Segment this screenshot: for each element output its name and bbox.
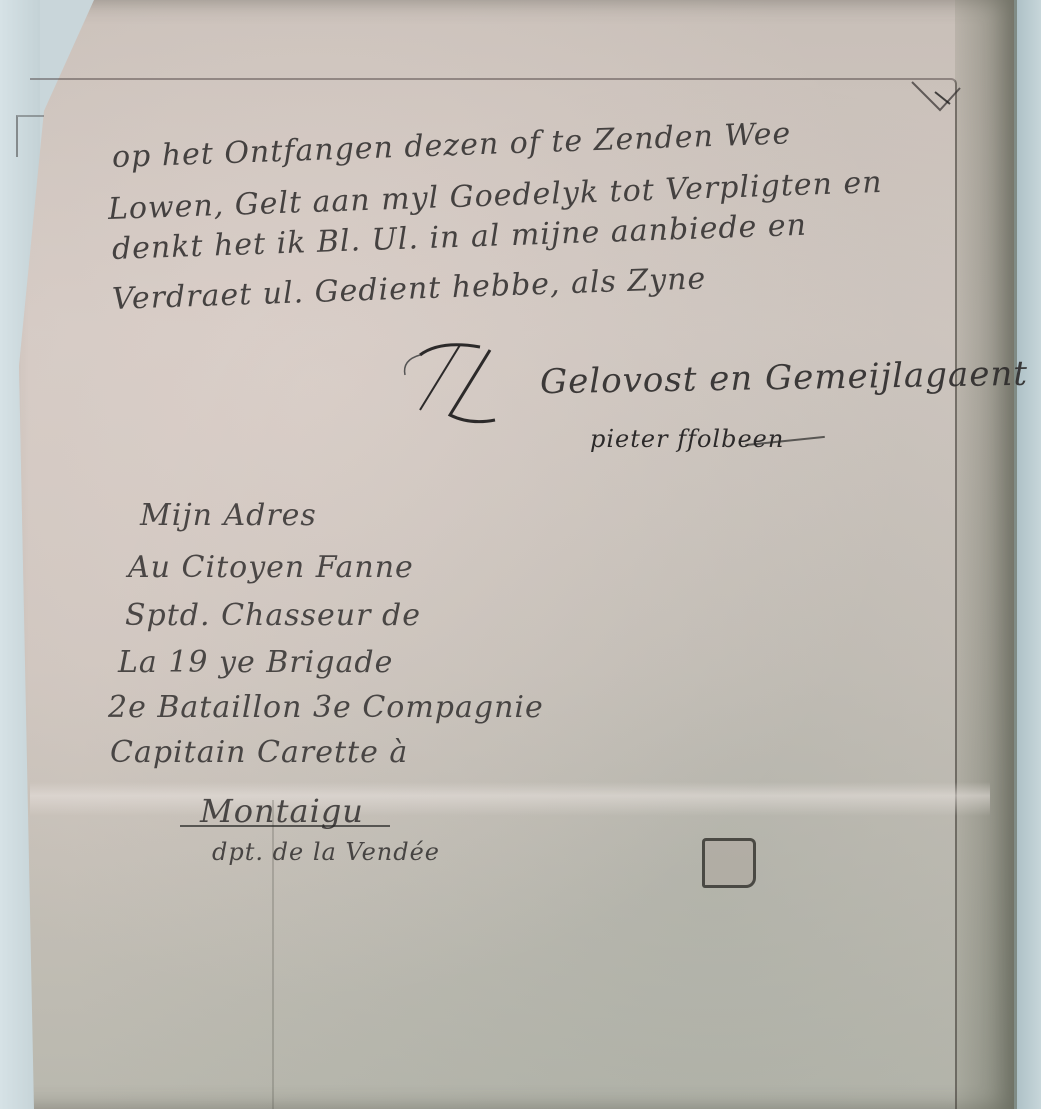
address-line-1: Mijn Adres xyxy=(140,498,317,533)
signature-line-1: Gelovost en Gemeijlagaent xyxy=(540,354,1029,403)
address-line-4: La 19 ye Brigade xyxy=(118,645,393,680)
address-line-5: 2e Bataillon 3e Compagnie xyxy=(108,690,544,725)
address-line-3: Sptd. Chasseur de xyxy=(125,598,421,633)
corner-crease xyxy=(16,115,44,157)
address-line-8: dpt. de la Vendée xyxy=(212,838,440,866)
address-underline xyxy=(180,825,390,827)
address-line-2: Au Citoyen Fanne xyxy=(128,550,414,585)
wax-seal-stain xyxy=(702,838,756,888)
paper-shadow-edge xyxy=(955,0,1017,1109)
horizontal-fold-crease xyxy=(30,782,990,816)
folded-corner-icon xyxy=(910,80,965,120)
address-line-6: Capitain Carette à xyxy=(110,735,408,770)
signature-flourish-icon xyxy=(400,335,535,425)
signature-line-2: pieter ffolbeen xyxy=(590,425,784,453)
